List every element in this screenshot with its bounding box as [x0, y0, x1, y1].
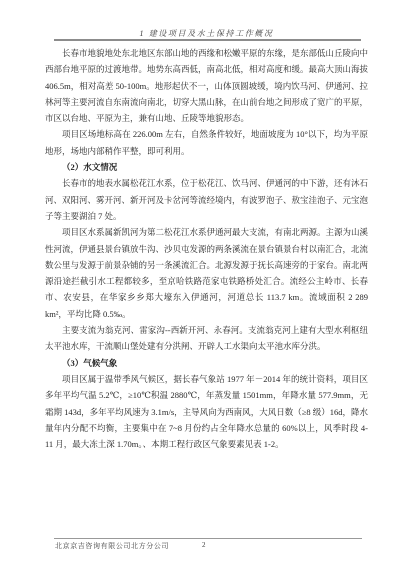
paragraph-site-elevation: 项目区场地标高在 226.00m 左右，自然条件较好，地面坡度为 10°以下，均… — [45, 126, 368, 159]
paragraph-climate-data: 项目区属于温带季风气候区，据长春气象站 1977 年－2014 年的统计资料，项… — [45, 371, 368, 452]
document-page: 1 建设项目及水土保持工作概况 长春市地貌地处东北地区东部山地的西缘和松嫩平原的… — [0, 0, 413, 584]
heading-climate: （3）气候气象 — [45, 355, 368, 371]
heading-hydrology: （2）水文情况 — [45, 159, 368, 175]
page-header-title: 1 建设项目及水土保持工作概况 — [0, 28, 413, 39]
paragraph-river-system: 项目区水系属新凯河为第二松花江水系伊通河最大支流，有南北两源。主源为山溪性河流，… — [45, 224, 368, 322]
footer-rule — [54, 538, 362, 539]
paragraph-surface-water: 长春市的地表水属松花江水系，位于松花江、饮马河、伊通河的中下游，还有沐石河、双阳… — [45, 175, 368, 224]
header-rule — [54, 39, 361, 41]
document-body: 长春市地貌地处东北地区东部山地的西缘和松嫩平原的东缘，是东部低山丘陵向中西部台地… — [45, 45, 368, 452]
page-footer: 北京京吉咨询有限公司北方分公司 2 — [55, 541, 362, 553]
footer-page-number: 2 — [202, 541, 206, 549]
footer-company-name: 北京京吉咨询有限公司北方分公司 — [55, 541, 169, 551]
paragraph-geomorphology: 长春市地貌地处东北地区东部山地的西缘和松嫩平原的东缘，是东部低山丘陵向中西部台地… — [45, 45, 368, 126]
paragraph-tributaries: 主要支流为翁克河、雷家沟--西新开河、永春河。支流翁克河上建有大型水利枢纽太平池… — [45, 322, 368, 355]
